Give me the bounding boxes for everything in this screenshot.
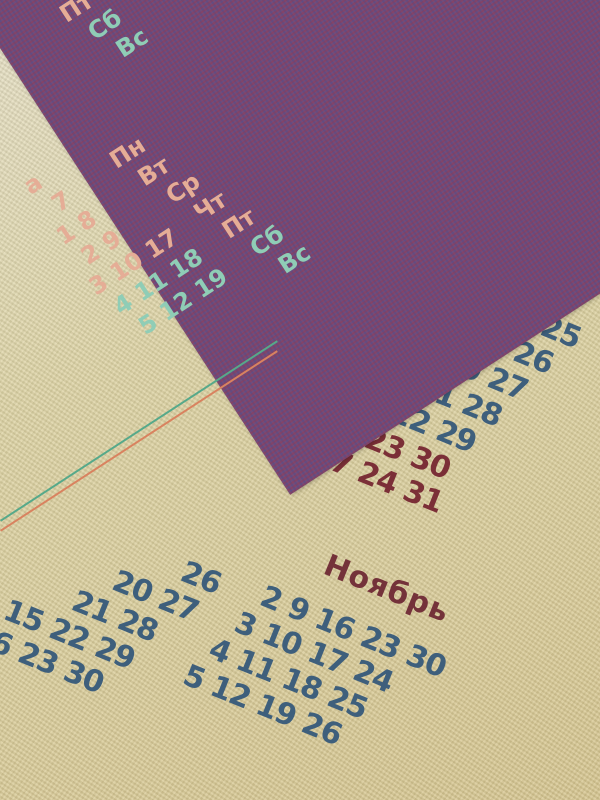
tapestry-background: 026 Апрель 6 13 20 27 14 21 28 22 29 Май… <box>0 0 600 800</box>
overlay-orange-rule <box>0 350 278 531</box>
fringe-edge <box>270 0 600 190</box>
overlay-green-rule <box>0 340 278 521</box>
